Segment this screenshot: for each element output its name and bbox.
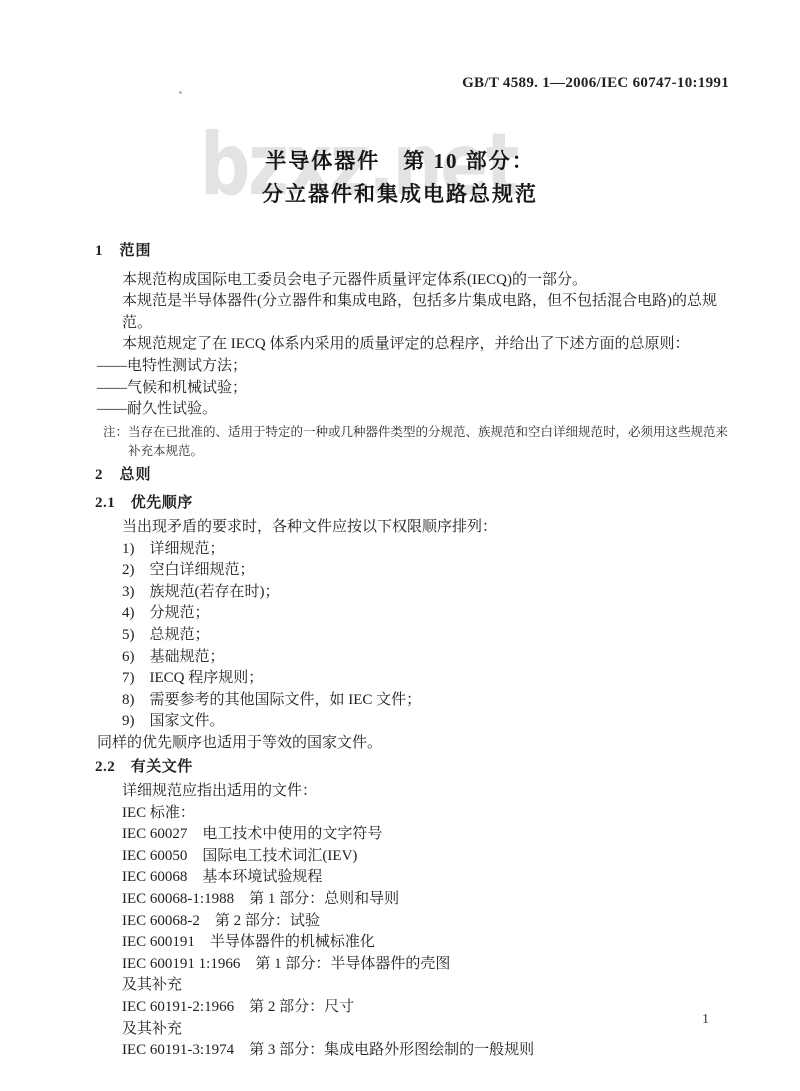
paragraph-line: 本规范构成国际电工委员会电子元器件质量评定体系(IECQ)的一部分。: [95, 270, 745, 292]
reference-line: IEC 60068-1:1988 第 1 部分：总则和导则: [95, 889, 745, 911]
ordered-list-item: 3) 族规范(若存在时)；: [95, 582, 745, 604]
ordered-list-item: 2) 空白详细规范；: [95, 560, 745, 582]
document-page: GB/T 4589. 1—2006/IEC 60747-10:1991 bzxz…: [0, 0, 800, 1091]
dash-item-line: ——耐久性试验。: [95, 399, 745, 421]
section-heading: 1 范围: [95, 241, 745, 263]
document-title-line1: 半导体器件 第 10 部分：: [0, 145, 800, 178]
reference-line: 及其补充: [95, 975, 745, 997]
ordered-list-item: 1) 详细规范；: [95, 539, 745, 561]
paragraph-line: IEC 标准：: [95, 803, 745, 825]
document-body: 1 范围 本规范构成国际电工委员会电子元器件质量评定体系(IECQ)的一部分。 …: [95, 237, 745, 1062]
document-title-line2: 分立器件和集成电路总规范: [0, 178, 800, 211]
reference-line: IEC 60191-2:1966 第 2 部分：尺寸: [95, 997, 745, 1019]
paragraph-line: 详细规范应指出适用的文件：: [95, 781, 745, 803]
subsection-heading: 2.2 有关文件: [95, 757, 745, 779]
paragraph-line: 当出现矛盾的要求时，各种文件应按以下权限顺序排列：: [95, 517, 745, 539]
ordered-list-item: 7) IECQ 程序规则；: [95, 668, 745, 690]
reference-line: IEC 600191 1:1966 第 1 部分：半导体器件的壳图: [95, 954, 745, 976]
scan-speck: [179, 91, 182, 94]
ordered-list-item: 6) 基础规范；: [95, 647, 745, 669]
reference-line: IEC 60027 电工技术中使用的文字符号: [95, 824, 745, 846]
note-line: 注：当存在已批准的、适用于特定的一种或几种器件类型的分规范、族规范和空白详细规范…: [95, 423, 745, 442]
reference-line: 及其补充: [95, 1019, 745, 1041]
paragraph-line: 同样的优先顺序也适用于等效的国家文件。: [95, 733, 745, 755]
document-title: 半导体器件 第 10 部分： 分立器件和集成电路总规范: [0, 145, 800, 211]
ordered-list-item: 4) 分规范；: [95, 603, 745, 625]
section-heading: 2 总则: [95, 465, 745, 487]
reference-line: IEC 60050 国际电工技术词汇(IEV): [95, 846, 745, 868]
subsection-heading: 2.1 优先顺序: [95, 493, 745, 515]
ordered-list-item: 9) 国家文件。: [95, 711, 745, 733]
dash-item-line: ——电特性测试方法；: [95, 356, 745, 378]
ordered-list-item: 5) 总规范；: [95, 625, 745, 647]
dash-item-line: ——气候和机械试验；: [95, 378, 745, 400]
reference-line: IEC 60068-2 第 2 部分：试验: [95, 911, 745, 933]
note-line: 补充本规范。: [95, 442, 745, 461]
reference-line: IEC 60068 基本环境试验规程: [95, 867, 745, 889]
paragraph-line: 本规范是半导体器件(分立器件和集成电路，包括多片集成电路，但不包括混合电路)的总…: [95, 291, 745, 334]
reference-line: IEC 60191-3:1974 第 3 部分：集成电路外形图绘制的一般规则: [95, 1040, 745, 1062]
standard-code-header: GB/T 4589. 1—2006/IEC 60747-10:1991: [462, 75, 729, 92]
ordered-list-item: 8) 需要参考的其他国际文件，如 IEC 文件；: [95, 690, 745, 712]
reference-line: IEC 600191 半导体器件的机械标准化: [95, 932, 745, 954]
paragraph-line: 本规范规定了在 IECQ 体系内采用的质量评定的总程序，并给出了下述方面的总原则…: [95, 334, 745, 356]
